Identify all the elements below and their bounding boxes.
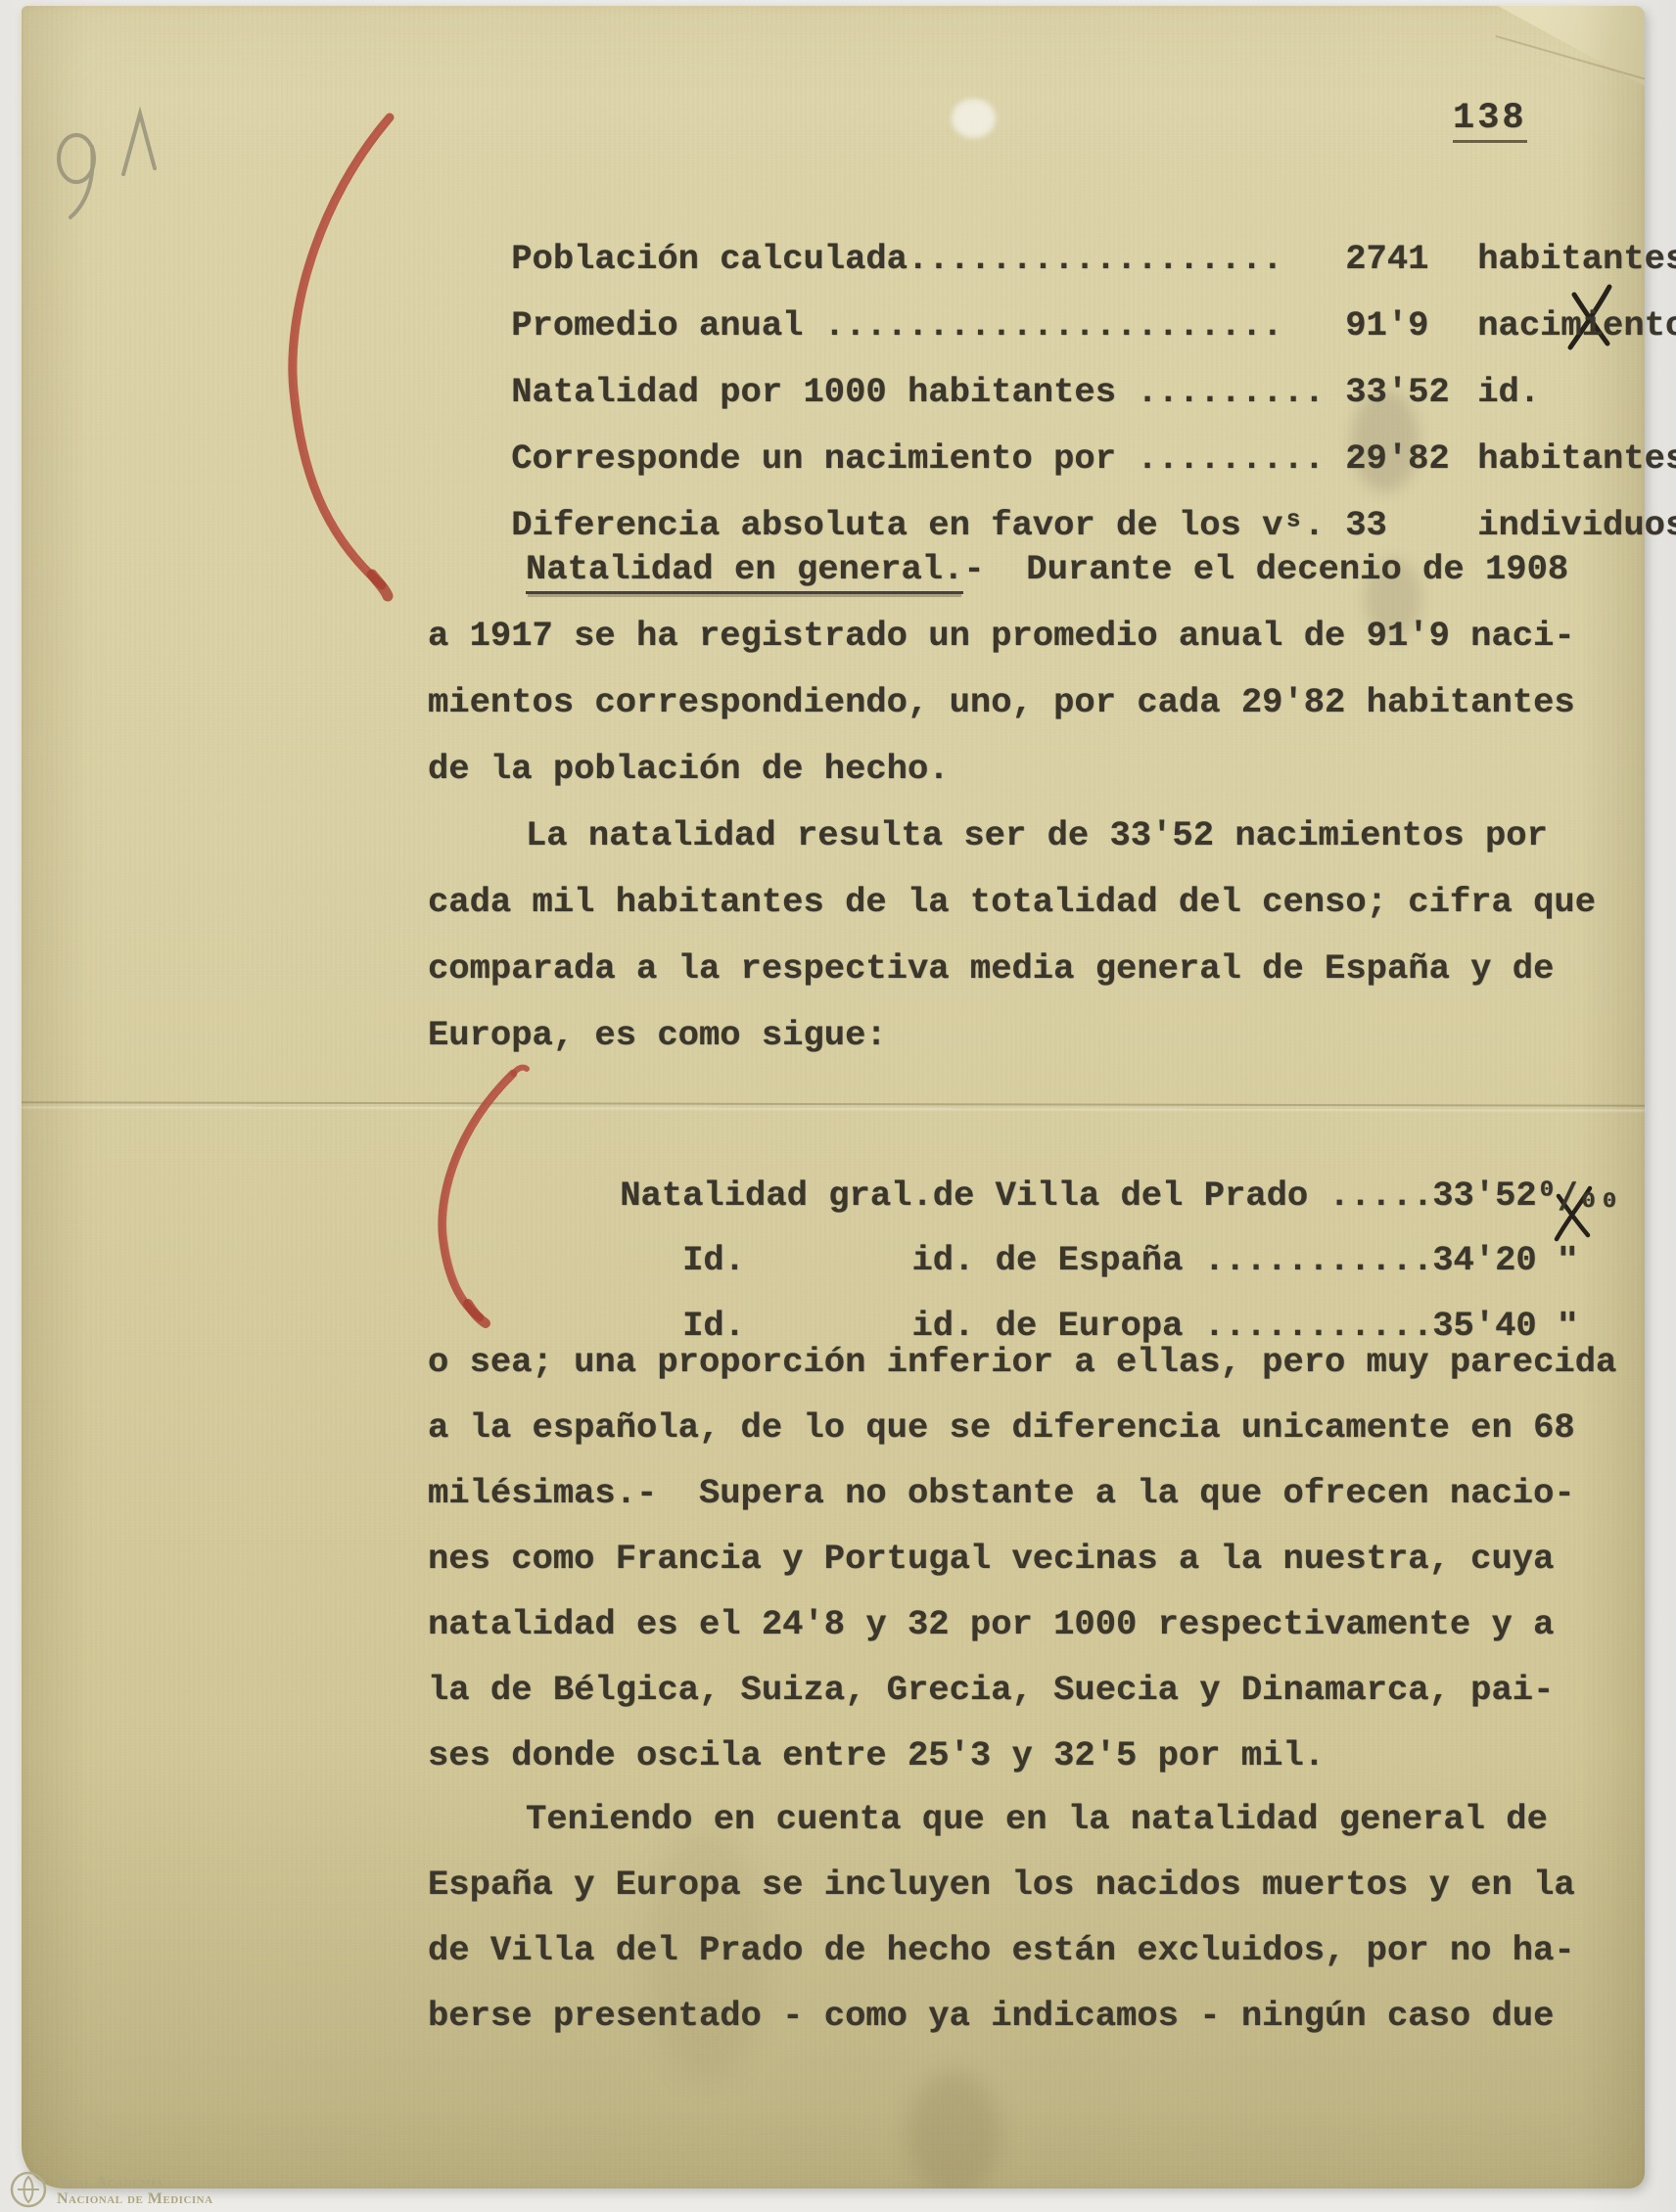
row-unit: habitantes (1477, 239, 1676, 279)
page-number: 138 (1453, 98, 1527, 139)
paragraph-comparacion: o sea; una proporción inferior a ellas, … (428, 1329, 1616, 1788)
row-unit: nacimientos (1477, 305, 1676, 346)
row-label: Natalidad por 1000 habitantes ......... (511, 359, 1345, 426)
table-row: Natalidad gral.de Villa del Prado ......… (536, 1098, 1620, 1164)
scanned-document: { "page_number": "138", "pencil_annotati… (0, 0, 1676, 2212)
row-value: 29'82 (1345, 426, 1477, 492)
row-unit: habitantes (1477, 438, 1676, 479)
row-value: 33'52 (1432, 1164, 1536, 1229)
row-label: Id. id. de España ............ (620, 1228, 1432, 1294)
statistics-table: Población calculada..................274… (428, 160, 1676, 492)
pencil-annotation (39, 98, 171, 230)
paragraph-natalidad-cifra: La natalidad resulta ser de 33'52 nacimi… (428, 803, 1596, 1069)
row-value: 33'52 (1345, 359, 1477, 426)
underlined-heading: Natalidad en general. (526, 549, 963, 594)
row-label: Corresponde un nacimiento por ......... (511, 426, 1345, 492)
typed-line: Teniendo en cuenta que en la natalidad g… (428, 1786, 1575, 1852)
typed-line: de la población de hecho. (428, 736, 1575, 803)
comparison-table: Natalidad gral.de Villa del Prado ......… (536, 1098, 1620, 1294)
row-unit: id. (1477, 372, 1540, 412)
row-value: 34'20 (1432, 1228, 1536, 1294)
row-label: Promedio anual ...................... (511, 293, 1345, 359)
typed-line: a 1917 se ha registrado un promedio anua… (428, 603, 1575, 669)
row-label: Población calculada.................. (511, 226, 1345, 293)
row-unit: ⁰/₀₀ (1536, 1175, 1620, 1216)
typed-line: milésimas.- Supera no obstante a la que … (428, 1460, 1616, 1526)
typed-line: La natalidad resulta ser de 33'52 nacimi… (428, 803, 1596, 869)
watermark-line2: Nacional de Medicina (57, 2190, 213, 2207)
watermark-line1: Real Academia (57, 2174, 213, 2190)
typed-line: nes como Francia y Portugal vecinas a la… (428, 1526, 1616, 1591)
row-value: 91'9 (1345, 293, 1477, 359)
typed-line: berse presentado - como ya indicamos - n… (428, 1983, 1575, 2049)
typed-line: ses donde oscila entre 25'3 y 32'5 por m… (428, 1723, 1616, 1788)
row-value: 2741 (1345, 226, 1477, 293)
row-unit: " (1536, 1240, 1578, 1280)
typed-line: cada mil habitantes de la totalidad del … (428, 869, 1596, 936)
typed-line: o sea; una proporción inferior a ellas, … (428, 1329, 1616, 1395)
typed-line: mientos correspondiendo, uno, por cada 2… (428, 669, 1575, 736)
table-row: Población calculada..................274… (428, 160, 1676, 226)
typed-line: la de Bélgica, Suiza, Grecia, Suecia y D… (428, 1657, 1616, 1723)
typed-line: a la española, de lo que se diferencia u… (428, 1395, 1616, 1460)
typed-line: de Villa del Prado de hecho están exclui… (428, 1917, 1575, 1983)
red-crayon-bracket (274, 93, 411, 612)
red-crayon-bracket (421, 1057, 538, 1336)
paragraph-nacidos-muertos: Teniendo en cuenta que en la natalidad g… (428, 1786, 1575, 2049)
typed-line: natalidad es el 24'8 y 32 por 1000 respe… (428, 1591, 1616, 1657)
row-label: Natalidad gral.de Villa del Prado ...... (620, 1164, 1432, 1229)
typed-line: comparada a la respectiva media general … (428, 936, 1596, 1002)
typed-line: Natalidad en general.- Durante el deceni… (428, 536, 1575, 603)
academy-crest-icon (8, 2169, 49, 2210)
paragraph-natalidad-general: Natalidad en general.- Durante el deceni… (428, 536, 1575, 803)
library-watermark: Real Academia Nacional de Medicina (8, 2169, 213, 2210)
typed-line: Europa, es como sigue: (428, 1002, 1596, 1069)
typed-line: España y Europa se incluyen los nacidos … (428, 1852, 1575, 1917)
